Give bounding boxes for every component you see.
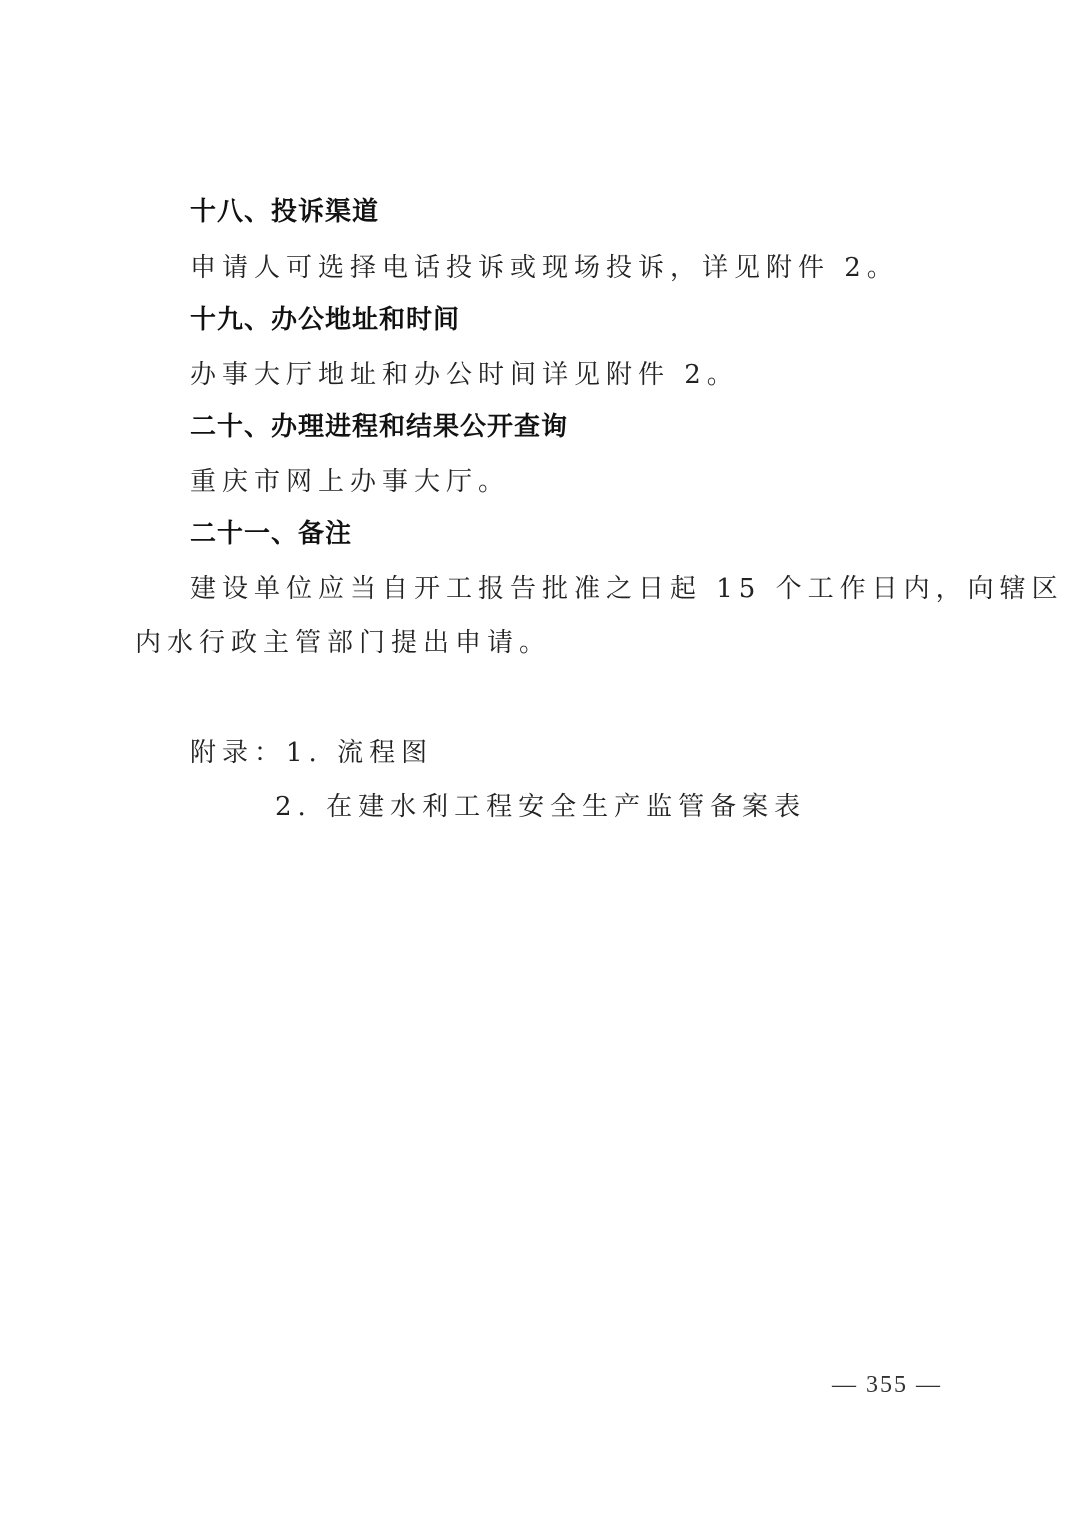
appendix-item-1: 附录：1. 流程图: [190, 737, 433, 769]
section-heading-18: 十八、投诉渠道: [190, 196, 379, 228]
page-number: — 355 —: [832, 1372, 942, 1399]
section-body-18: 申请人可选择电话投诉或现场投诉，详见附件 2。: [190, 252, 899, 284]
section-body-21-line1: 建设单位应当自开工报告批准之日起 15 个工作日内，向辖区: [190, 573, 1064, 605]
section-body-19: 办事大厅地址和办公时间详见附件 2。: [190, 359, 739, 391]
appendix-item-2: 2. 在建水利工程安全生产监管备案表: [275, 791, 806, 823]
section-heading-21: 二十一、备注: [190, 518, 352, 550]
section-body-20: 重庆市网上办事大厅。: [190, 466, 510, 498]
section-body-21-line2: 内水行政主管部门提出申请。: [135, 627, 551, 659]
section-heading-20: 二十、办理进程和结果公开查询: [190, 411, 568, 443]
section-heading-19: 十九、办公地址和时间: [190, 304, 460, 336]
